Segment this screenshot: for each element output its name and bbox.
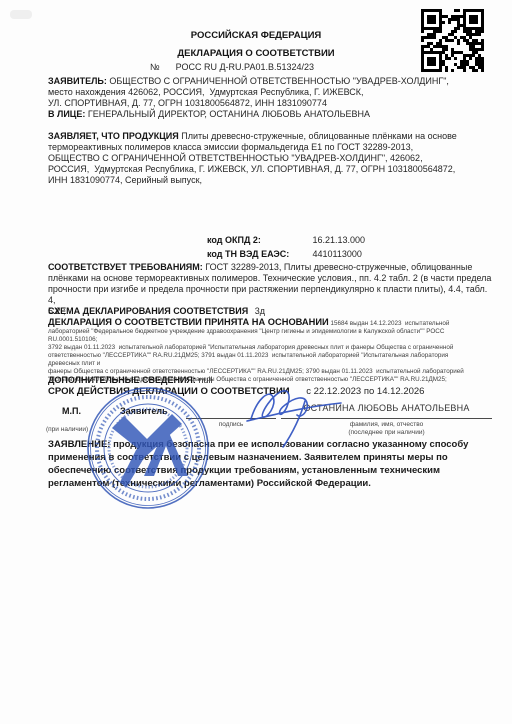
declaration-number: РОСС RU Д-RU.РА01.В.51324/23 (176, 62, 314, 72)
scheme-section: СХЕМА ДЕКЛАРИРОВАНИЯ СООТВЕТСТВИЯ 3д (48, 306, 265, 317)
in-person-text: ГЕНЕРАЛЬНЫЙ ДИРЕКТОР, ОСТАНИНА ЛЮБОВЬ АН… (88, 109, 370, 119)
applicant-section: ЗАЯВИТЕЛЬ: ОБЩЕСТВО С ОГРАНИЧЕННОЙ ОТВЕТ… (48, 76, 478, 120)
scheme-value: 3д (255, 306, 265, 316)
tnved-row: код ТН ВЭД ЕАЭС: 4410113000 (207, 248, 365, 262)
declares-label: ЗАЯВЛЯЕТ, ЧТО ПРОДУКЦИЯ (48, 131, 179, 141)
round-stamp-icon (84, 384, 212, 514)
okpd-row: код ОКПД 2: 16.21.13.000 (207, 234, 365, 248)
document-header: РОССИЙСКАЯ ФЕДЕРАЦИЯ ДЕКЛАРАЦИЯ О СООТВЕ… (0, 27, 512, 63)
applicant-label: ЗАЯВИТЕЛЬ: (48, 76, 107, 86)
basis-text: 15684 выдан 14.12.2023 испытательной лаб… (48, 320, 464, 383)
tnved-label: код ТН ВЭД ЕАЭС: (207, 248, 310, 262)
seal-place-label: М.П. (62, 406, 81, 416)
basis-label: ДЕКЛАРАЦИЯ О СООТВЕТСТВИИ ПРИНЯТА НА ОСН… (48, 317, 329, 327)
country-title: РОССИЙСКАЯ ФЕДЕРАЦИЯ (191, 30, 321, 41)
seal-note: (при наличии) (46, 426, 88, 433)
complies-label: СООТВЕТСТВУЕТ ТРЕБОВАНИЯМ: (48, 262, 203, 272)
product-section: ЗАЯВЛЯЕТ, ЧТО ПРОДУКЦИЯ Плиты древесно-с… (48, 131, 488, 186)
scan-artifact (10, 10, 32, 19)
codes-section: код ОКПД 2: 16.21.13.000 код ТН ВЭД ЕАЭС… (207, 234, 365, 261)
number-label: № (150, 62, 160, 72)
in-person-label: В ЛИЦЕ: (48, 109, 85, 119)
handwritten-signature-icon (243, 381, 353, 451)
declaration-number-line: № РОСС RU Д-RU.РА01.В.51324/23 (150, 62, 314, 72)
okpd-label: код ОКПД 2: (207, 234, 310, 248)
okpd-value: 16.21.13.000 (313, 235, 366, 245)
document-title: ДЕКЛАРАЦИЯ О СООТВЕТСТВИИ (177, 48, 334, 59)
scheme-label: СХЕМА ДЕКЛАРИРОВАНИЯ СООТВЕТСТВИЯ (48, 306, 248, 316)
tnved-value: 4410113000 (313, 249, 362, 259)
declaration-document-page: РОССИЙСКАЯ ФЕДЕРАЦИЯ ДЕКЛАРАЦИЯ О СООТВЕ… (0, 0, 512, 724)
applicant-text: ОБЩЕСТВО С ОГРАНИЧЕННОЙ ОТВЕТСТВЕННОСТЬЮ… (48, 76, 449, 108)
